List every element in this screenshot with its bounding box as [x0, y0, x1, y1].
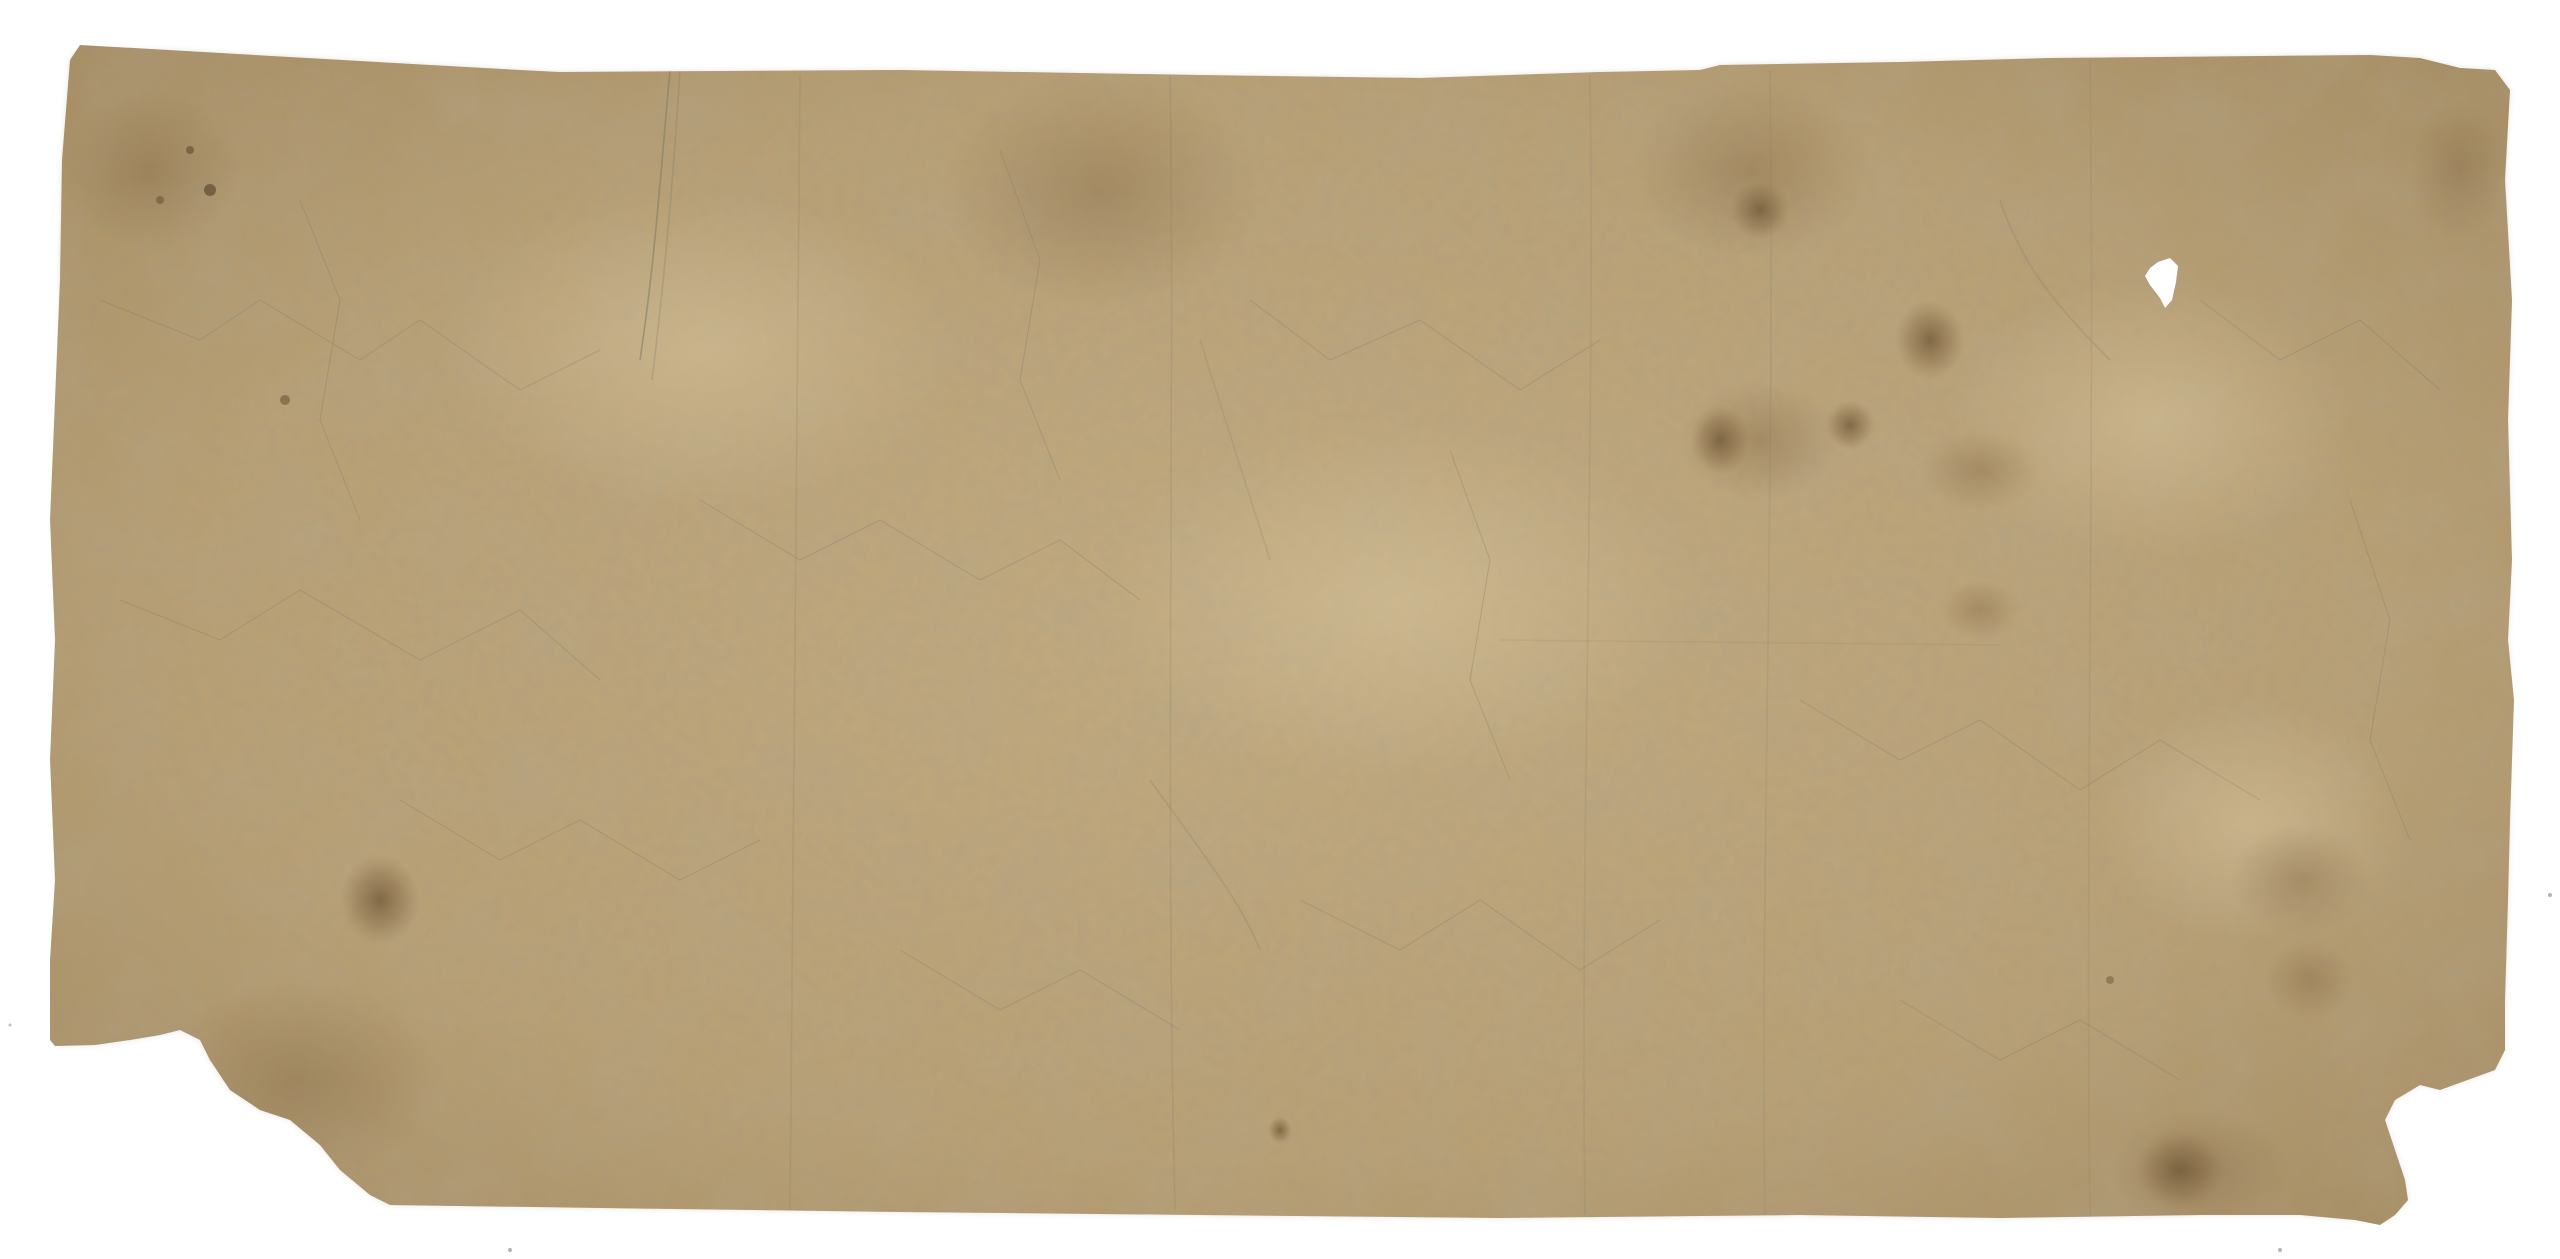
aged-paper-sheet: [0, 0, 2560, 1259]
paper-body: [0, 0, 2560, 1259]
scan-background: Scanned antique paper fragment with torn…: [0, 0, 2560, 1259]
